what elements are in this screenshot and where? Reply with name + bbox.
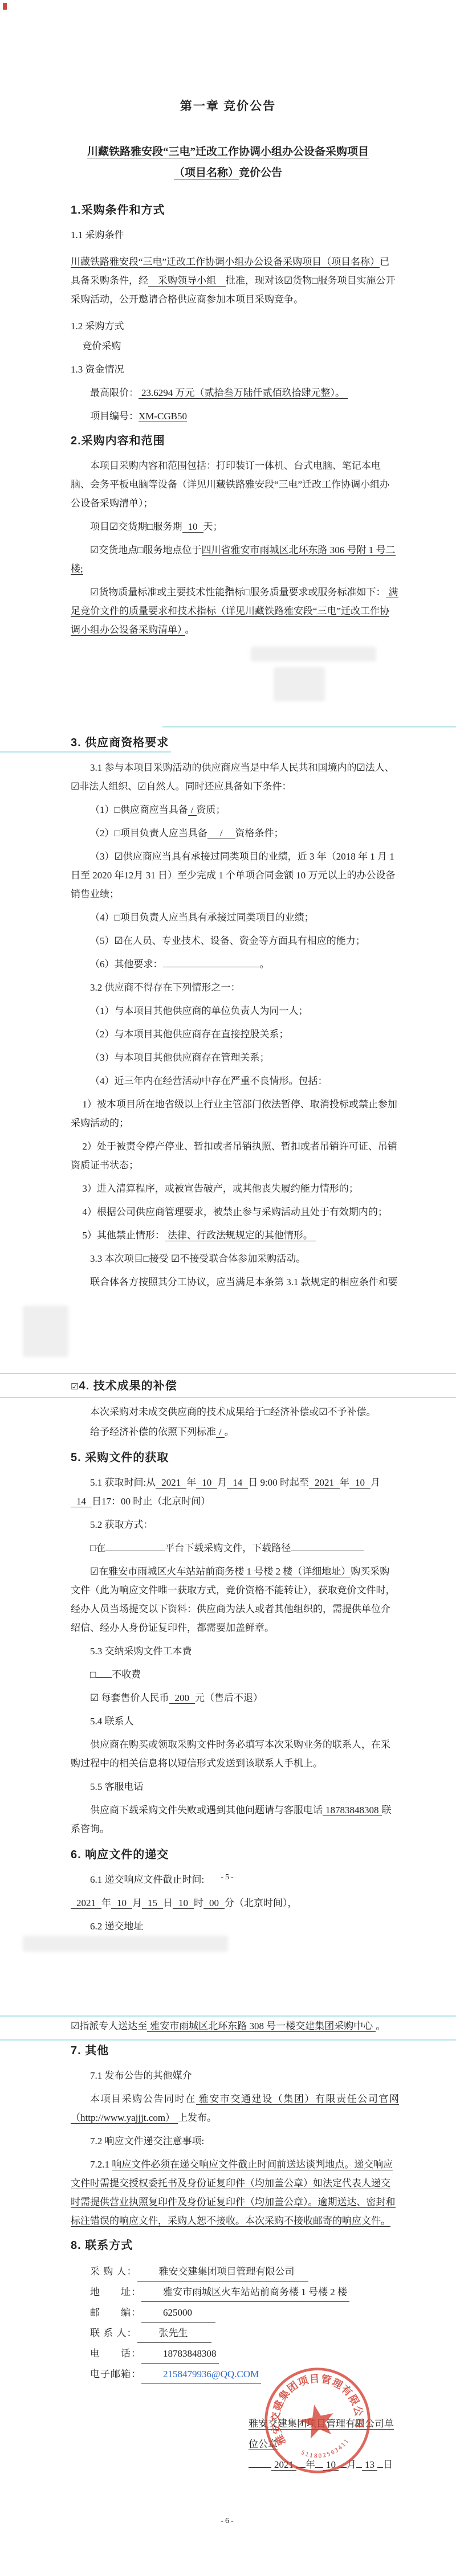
page-2: 3. 供应商资格要求 3.1 参与本项目采购活动的供应商应当是中华人民共和国境内… (0, 644, 456, 1289)
prohibited-sub-item-3: 3）进入清算程序，或被宣告破产，或其他丧失履约能力情形的； (71, 1179, 399, 1198)
contact-person-value: 张先生 (137, 2324, 211, 2343)
obtain-year-from: 2021 (156, 1477, 186, 1489)
blank-underline (339, 2458, 347, 2468)
approver-fill: 采购领导小组 (148, 275, 226, 287)
qualification-item-2: （2）□项目负责人应当具备 / 资格条件； (71, 824, 399, 843)
address-row: 地 址：雅安市雨城区火车站站前商务楼 1 号楼 2 楼 (71, 2283, 399, 2302)
supplier-qualification-paragraph: 3.1 参与本项目采购活动的供应商应当是中华人民共和国境内的☑法人、☑非法人组织… (71, 758, 399, 796)
qualification-item-3: （3）☑供应商应当具有承接过同类项目的业绩，近 3 年（2018 年 1 月 1… (71, 847, 399, 903)
submission-notice-underlined: 响应文件必须在递交响应文件截止时间前送达谈判地点。递交响应文件时需提交授权委托书… (71, 2159, 396, 2227)
qualification-item-1: （1）□供应商应当具备/资质； (71, 800, 399, 819)
project-number-value: XM-CGB50 (139, 411, 187, 422)
procurement-condition-paragraph: 川藏铁路雅安段“三电”迁改工作协调小组办公设备采购项目（项目名称）已具备采购条件… (71, 252, 399, 309)
scan-artifact-line (0, 2039, 456, 2041)
deadline-minute: 00 (203, 1898, 225, 1909)
section-6-2-heading: 6.2 递交地址 (71, 1917, 399, 1932)
obtain-day-to: 14 (71, 1496, 92, 1507)
section-7-heading: 7. 其他 (71, 2043, 399, 2058)
service-phone-line: 供应商下载采购文件失败或遇到其他问题请与客服电话18783848308联系咨询。 (71, 1801, 399, 1838)
qualification-item-5: （5）☑在人员、专业技术、设备、资金等方面具有相应的能力； (71, 931, 399, 950)
delivery-center-address: 雅安市雨城区北环东路 308 号一楼交建集团采购中心 (147, 2021, 376, 2032)
project-name-placeholder: （项目名称） (174, 167, 239, 179)
contact-notice-paragraph: 供应商在购买或领取采购文件时务必填写本次采购业务的联系人，在采购过程中的相关信息… (71, 1735, 399, 1773)
signature-day: 13 (362, 2459, 377, 2471)
blank-underline (356, 2458, 362, 2468)
scanned-bidding-announcement-document: 第一章 竞价公告 川藏铁路雅安段“三电”迁改工作协调小组办公设备采购项目 （项目… (0, 0, 456, 2576)
deliver-in-person-line: ☑指派专人送达至雅安市雨城区北环东路 308 号一楼交建集团采购中心。 (71, 2017, 399, 2035)
scan-artifact-smudge (274, 667, 325, 701)
blank-underline (96, 1668, 112, 1678)
section-5-5-heading: 5.5 客服电话 (71, 1777, 399, 1796)
section-7-1-heading: 7.1 发布公告的其他媒介 (71, 2066, 399, 2085)
section-5-3-heading: 5.3 交纳采购文件工本费 (71, 1642, 399, 1661)
prohibited-sub-item-1: 1）被本项目所在地省级以上行业主管部门依法暂停、取消投标或禁止参加采购活动的； (71, 1095, 399, 1132)
service-phone-value: 18783848308 (323, 1805, 382, 1816)
obtain-month-to: 10 (349, 1477, 370, 1489)
page-number: -5- (0, 1873, 456, 1882)
section-3-2-heading: 3.2 供应商不得存在下列情形之一： (71, 978, 399, 997)
project-name-fill: 川藏铁路雅安段“三电”迁改工作协调小组办公设备采购项目（项目名称） (71, 256, 380, 268)
prohibited-sub-item-2: 2）处于被责令停产停业、暂扣或者吊销执照、暂扣或者吊销许可证、吊销资质证书状态； (71, 1137, 399, 1175)
blank-underline (163, 958, 260, 967)
compensation-standard-line: 给予经济补偿的依照下列标准/。 (71, 1422, 399, 1441)
price-limit-value: 23.6294 万元（贰拾叁万陆仟贰佰玖拾肆元整）。 (139, 387, 348, 399)
postcode-row: 邮 编：625000 (71, 2303, 399, 2323)
blank-underline (377, 2458, 383, 2468)
document-price-value: 200 (169, 1692, 196, 1704)
scan-artifact-line (0, 2015, 456, 2017)
section-6-heading: 6. 响应文件的递交 (71, 1847, 399, 1862)
project-number-line: 项目编号：XM-CGB50 (71, 407, 399, 426)
page-3: ☑4. 技术成果的补偿 本次采购对未成交供应商的技术成果给于□经济补偿或☑不予补… (0, 1289, 456, 1932)
deadline-day: 15 (142, 1898, 163, 1909)
scan-artifact-line (0, 751, 171, 753)
page-number: -4- (0, 1229, 456, 1238)
deadline-year: 2021 (71, 1898, 101, 1909)
signature-year: 2021 (271, 2459, 296, 2471)
prohibited-item-3: （3）与本项目其他供应商存在管理关系； (71, 1048, 399, 1067)
blank-underline (105, 1541, 165, 1551)
submission-notice-paragraph: 7.2.1 响应文件必须在递交响应文件截止时间前送达谈判地点。递交响应文件时需提… (71, 2155, 399, 2230)
blank-underline (296, 2458, 306, 2468)
section-7-2-heading: 7.2 响应文件递交注意事项: (71, 2132, 399, 2150)
page-number: -3- (0, 585, 456, 594)
deadline-hour: 10 (173, 1898, 194, 1909)
page-number: -6- (0, 2517, 456, 2526)
postcode-value: 625000 (141, 2303, 215, 2323)
scope-paragraph: 本项目采购内容和范围包括：打印装订一体机、台式电脑、笔记本电脑、会务平板电脑等设… (71, 456, 399, 513)
blank-underline (315, 2458, 323, 2468)
section-3-3-line: 3.3 本次项目□接受 ☑不接受联合体参加采购活动。 (71, 1249, 399, 1268)
page2-content: 3. 供应商资格要求 3.1 参与本项目采购活动的供应商应当是中华人民共和国境内… (0, 644, 456, 1289)
project-name-underlined: 川藏铁路雅安段“三电”迁改工作协调小组办公设备采购项目 (87, 146, 369, 158)
email-link[interactable]: 2158479936@QQ.COM (141, 2365, 261, 2384)
page3-content: ☑4. 技术成果的补偿 本次采购对未成交供应商的技术成果给于□经济补偿或☑不予补… (0, 1289, 456, 1932)
title-suffix: 竞价公告 (239, 167, 282, 179)
obtain-month-from: 10 (196, 1477, 217, 1489)
scan-artifact-smudge (23, 1306, 68, 1357)
section-1-1-heading: 1.1 采购条件 (71, 226, 399, 244)
delivery-place-line: ☑交货地点□服务地点位于四川省雅安市雨城区北环东路 306 号附 1 号二楼; (71, 541, 399, 578)
section-5-heading: 5. 采购文件的获取 (71, 1450, 399, 1465)
price-limit-line: 最高限价：23.6294 万元（贰拾叁万陆仟贰佰玖拾肆元整）。 (71, 383, 399, 402)
page-1: 第一章 竞价公告 川藏铁路雅安段“三电”迁改工作协调小组办公设备采购项目 （项目… (0, 0, 456, 644)
deadline-date-line: 2021年10月15日10时00分（北京时间）， (71, 1894, 399, 1912)
section-1-3-heading: 1.3 资金情况 (71, 360, 399, 379)
obtain-method-heading: 5.2 获取方式： (71, 1515, 399, 1534)
scan-artifact-smudge (23, 1936, 228, 1952)
obtain-year-to: 2021 (309, 1477, 340, 1489)
document-title: 川藏铁路雅安段“三电”迁改工作协调小组办公设备采购项目 （项目名称）竞价公告 (0, 141, 456, 183)
purchase-option-paragraph: ☑在雅安市雨城区火车站站前商务楼 1 号楼 2 楼（详细地址）购买采购文件（此为… (71, 1562, 399, 1637)
page-4: ☑指派专人送达至雅安市雨城区北环东路 308 号一楼交建集团采购中心。 7. 其… (0, 1932, 456, 2576)
purchaser-value: 雅安交建集团项目管理有限公司 (137, 2262, 308, 2281)
checked-checkbox-icon: ☑ (71, 1382, 79, 1392)
prohibited-item-4: （4）近三年内在经营活动中存在严重不良情形。包括： (71, 1072, 399, 1090)
obtain-day-from: 14 (227, 1477, 248, 1489)
blank-underline (249, 2458, 271, 2468)
section-1-heading: 1.采购条件和方式 (71, 203, 399, 218)
compensation-line: 本次采购对未成交供应商的技术成果给于□经济补偿或☑不予补偿。 (71, 1403, 399, 1421)
page4-content: ☑指派专人送达至雅安市雨城区北环东路 308 号一楼交建集团采购中心。 7. 其… (0, 1932, 456, 2475)
page1-content: 1.采购条件和方式 1.1 采购条件 川藏铁路雅安段“三电”迁改工作协调小组办公… (0, 203, 456, 644)
purchase-address-value: 雅安市雨城区火车站站前商务楼 1 号楼 2 楼（详细地址） (108, 1566, 351, 1577)
scan-artifact-smudge (251, 647, 376, 661)
delivery-days-value: 10 (182, 521, 203, 533)
company-seal-note: 雅安交建集团项目管理有限公司单位公章 (249, 2414, 399, 2455)
consortium-paragraph: 联合体各方按照其分工协议，应当满足本条第 3.1 款规定的相应条件和要求；联合体… (71, 1273, 399, 1289)
procurement-method: 竞价采购 (71, 337, 399, 355)
purchaser-row: 采 购 人：雅安交建集团项目管理有限公司 (71, 2262, 399, 2281)
section-1-2-heading: 1.2 采购方式 (71, 317, 399, 336)
section-4-heading: ☑4. 技术成果的补偿 (71, 1379, 399, 1395)
section-8-heading: 8. 联系方式 (71, 2238, 399, 2253)
free-option-line: □不收费 (71, 1665, 399, 1684)
section-5-4-heading: 5.4 联系人 (71, 1712, 399, 1731)
scan-artifact-line (162, 726, 456, 727)
deadline-month: 10 (111, 1898, 132, 1909)
scan-artifact-red-mark (3, 3, 7, 10)
download-option-line: □在平台下载采购文件，下载路径 (71, 1539, 399, 1557)
delivery-period-line: 项目☑交货期□服务期10天； (71, 517, 399, 536)
chapter-heading: 第一章 竞价公告 (0, 0, 456, 114)
prohibited-item-2: （2）与本项目其他供应商存在直接控股关系； (71, 1025, 399, 1044)
phone-value: 18783848308 (141, 2344, 219, 2364)
contact-person-row: 联 系 人：张先生 (71, 2324, 399, 2343)
email-row: 电子邮箱：2158479936@QQ.COM (71, 2365, 399, 2384)
scan-artifact-line (0, 1397, 456, 1398)
scan-artifact-line (0, 1373, 456, 1374)
obtain-time-line: 5.1 获取时间:从2021年10月14日 9:00 时起至2021年10月14… (71, 1473, 399, 1511)
prohibited-sub-item-4: 4）根据公司供应商管理要求，被禁止参与采购活动且处于有效期内的； (71, 1203, 399, 1221)
signature-block: 雅安交建集团项目管理有限公司单位公章 2021年10月13日 (249, 2414, 399, 2475)
section-2-heading: 2.采购内容和范围 (71, 434, 399, 448)
price-option-line: ☑ 每套售价人民币200元（售后不退） (71, 1688, 399, 1707)
blank-underline (291, 1541, 364, 1551)
signature-month: 10 (323, 2459, 339, 2471)
qualification-item-6: （6）其他要求：。 (71, 955, 399, 974)
address-value: 雅安市雨城区火车站站前商务楼 1 号楼 2 楼 (141, 2283, 349, 2302)
signature-date-line: 2021年10月13日 (249, 2455, 399, 2475)
prohibited-item-1: （1）与本项目其他供应商的单位负责人为同一人； (71, 1001, 399, 1020)
announcement-media-paragraph: 本项目采购公告同时在雅安市交通建设（集团）有限责任公司官网（http://www… (71, 2090, 399, 2127)
section-3-heading: 3. 供应商资格要求 (71, 735, 399, 750)
phone-row: 电 话：18783848308 (71, 2344, 399, 2364)
qualification-item-4: （4）□项目负责人应当具有承接过同类项目的业绩； (71, 908, 399, 927)
